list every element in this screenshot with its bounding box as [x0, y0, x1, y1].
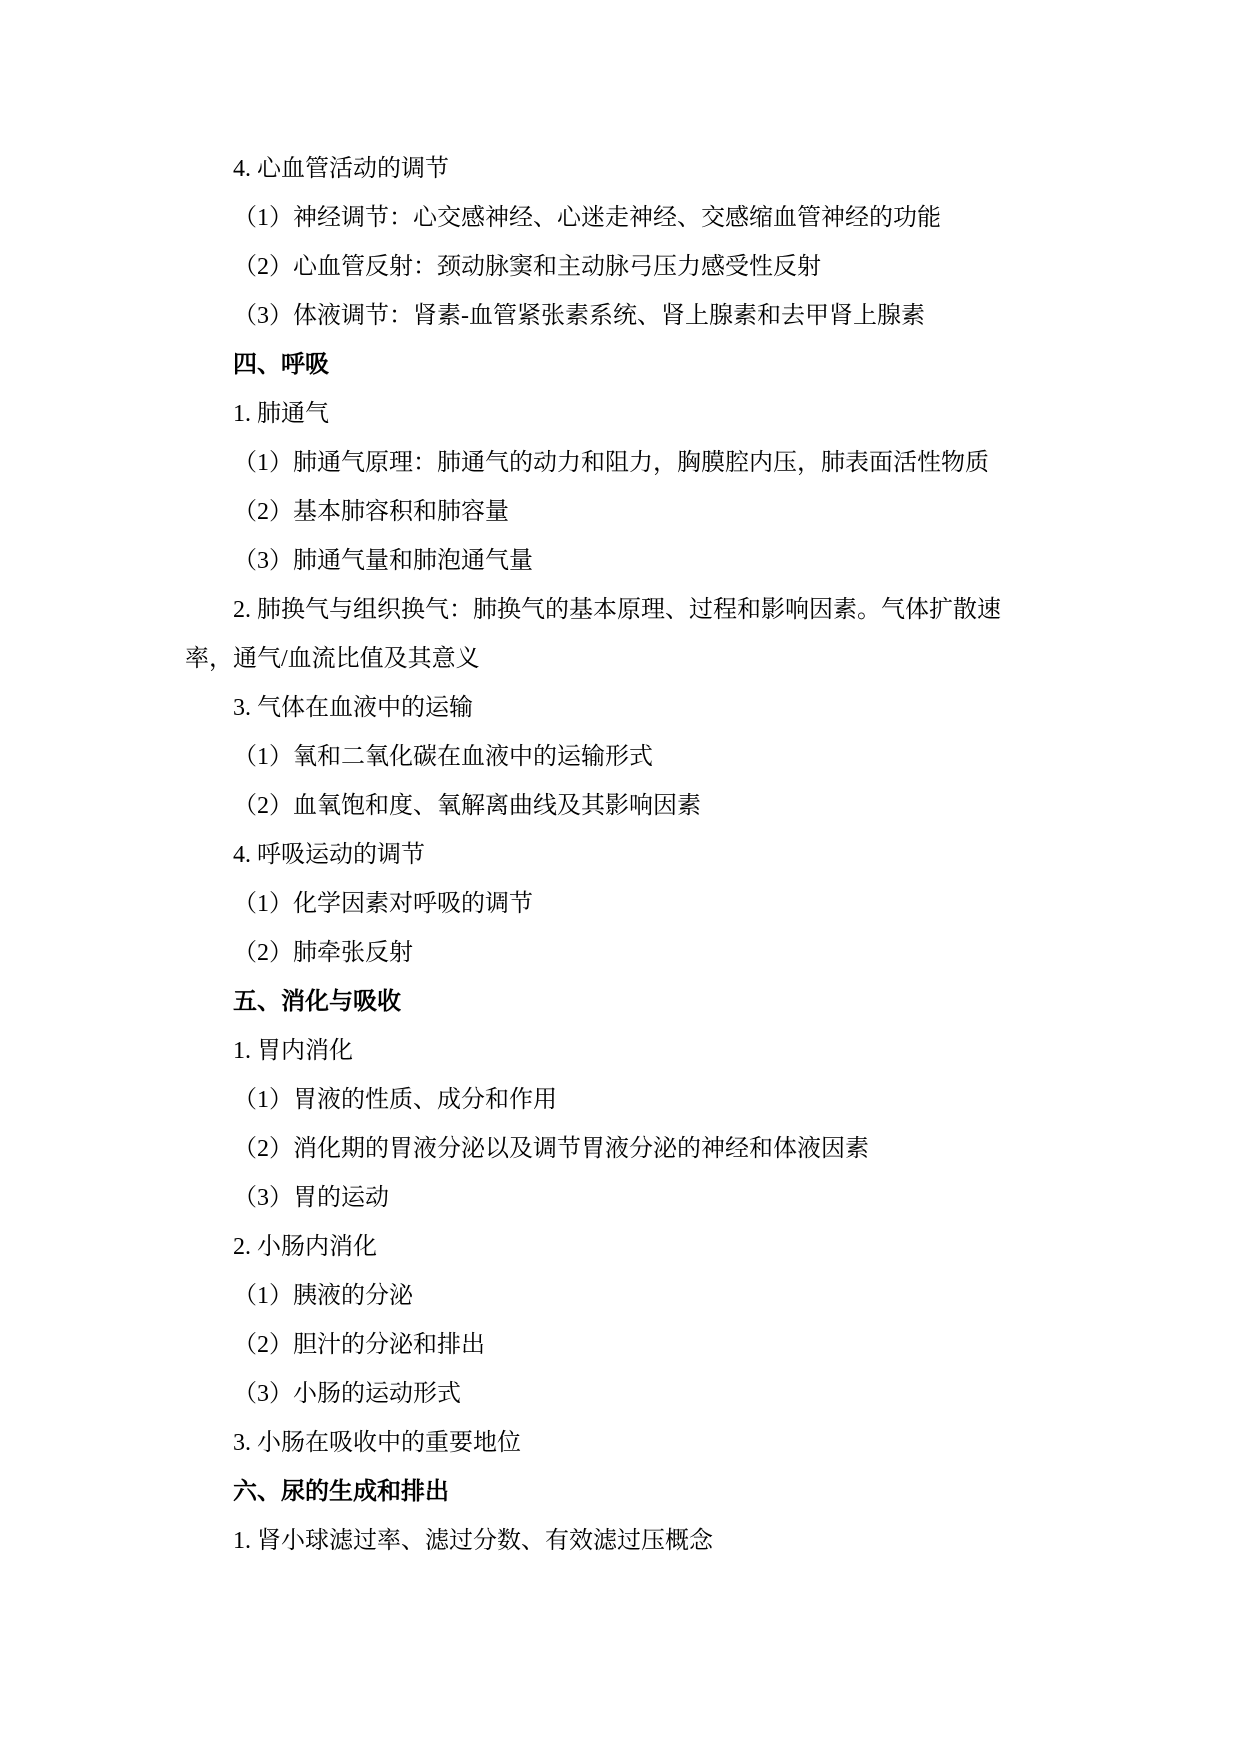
- document-content: 4. 心血管活动的调节（1）神经调节：心交感神经、心迷走神经、交感缩血管神经的功…: [185, 145, 1080, 1566]
- outline-line: （1）胃液的性质、成分和作用: [185, 1076, 1080, 1125]
- outline-line: （1）神经调节：心交感神经、心迷走神经、交感缩血管神经的功能: [185, 194, 1080, 243]
- outline-line: 3. 气体在血液中的运输: [185, 684, 1080, 733]
- outline-line: （3）肺通气量和肺泡通气量: [185, 537, 1080, 586]
- outline-line: 率，通气/血流比值及其意义: [185, 635, 1080, 684]
- outline-line: 4. 心血管活动的调节: [185, 145, 1080, 194]
- outline-line: 1. 胃内消化: [185, 1027, 1080, 1076]
- outline-line: （3）胃的运动: [185, 1174, 1080, 1223]
- document-page: 4. 心血管活动的调节（1）神经调节：心交感神经、心迷走神经、交感缩血管神经的功…: [0, 0, 1240, 1754]
- outline-line: （2）消化期的胃液分泌以及调节胃液分泌的神经和体液因素: [185, 1125, 1080, 1174]
- outline-line: （2）血氧饱和度、氧解离曲线及其影响因素: [185, 782, 1080, 831]
- outline-line: （3）小肠的运动形式: [185, 1370, 1080, 1419]
- outline-line: （2）胆汁的分泌和排出: [185, 1321, 1080, 1370]
- section-heading: 五、消化与吸收: [185, 978, 1080, 1027]
- outline-line: （2）心血管反射：颈动脉窦和主动脉弓压力感受性反射: [185, 243, 1080, 292]
- outline-line: （1）胰液的分泌: [185, 1272, 1080, 1321]
- outline-line: （2）肺牵张反射: [185, 929, 1080, 978]
- outline-line: （1）化学因素对呼吸的调节: [185, 880, 1080, 929]
- outline-line: （3）体液调节：肾素-血管紧张素系统、肾上腺素和去甲肾上腺素: [185, 292, 1080, 341]
- outline-line: 3. 小肠在吸收中的重要地位: [185, 1419, 1080, 1468]
- outline-line: （1）氧和二氧化碳在血液中的运输形式: [185, 733, 1080, 782]
- outline-line: （1）肺通气原理：肺通气的动力和阻力，胸膜腔内压，肺表面活性物质: [185, 439, 1080, 488]
- outline-line: 1. 肺通气: [185, 390, 1080, 439]
- section-heading: 六、尿的生成和排出: [185, 1468, 1080, 1517]
- outline-line: （2）基本肺容积和肺容量: [185, 488, 1080, 537]
- section-heading: 四、呼吸: [185, 341, 1080, 390]
- outline-line: 2. 肺换气与组织换气：肺换气的基本原理、过程和影响因素。气体扩散速: [185, 586, 1080, 635]
- outline-line: 2. 小肠内消化: [185, 1223, 1080, 1272]
- outline-line: 4. 呼吸运动的调节: [185, 831, 1080, 880]
- outline-line: 1. 肾小球滤过率、滤过分数、有效滤过压概念: [185, 1517, 1080, 1566]
